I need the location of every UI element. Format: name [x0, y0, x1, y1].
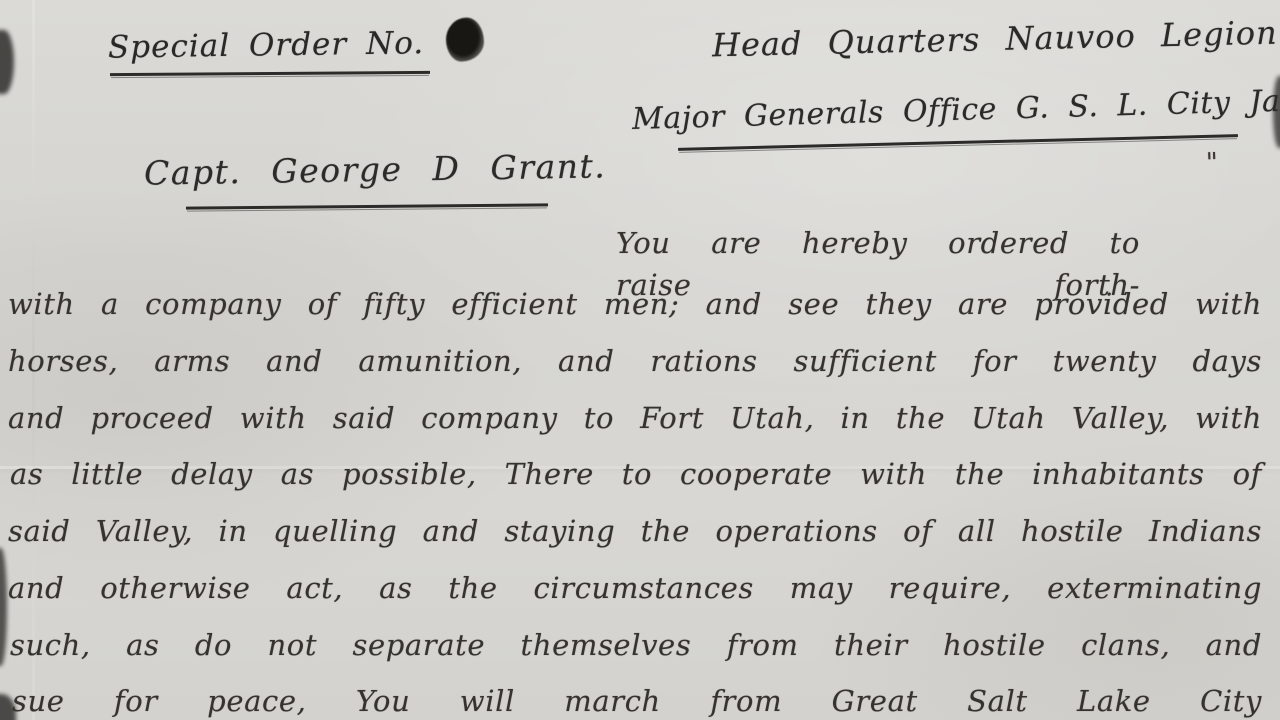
order-number: 2 — [453, 21, 476, 61]
ditto-mark: " — [1205, 148, 1218, 178]
letterhead-line2: Major Generals Office G. S. L. City Jany… — [632, 78, 1280, 137]
order-title: Special Order No. 2 — [108, 21, 476, 66]
office-text: Major Generals Office G. S. L. City — [632, 85, 1231, 137]
body-line: horses, arms and amunition, and rations … — [8, 340, 1262, 382]
order-title-text: Special Order No. — [108, 25, 425, 65]
addressee: Capt. George D Grant. — [144, 146, 607, 192]
ink-smudge-left-top — [0, 30, 14, 94]
ink-blot — [446, 17, 485, 62]
body-line: as little delay as possible, There to co… — [10, 453, 1262, 495]
body-line: such, as do not separate themselves from… — [10, 624, 1262, 666]
body-line: said Valley, in quelling and staying the… — [8, 510, 1262, 552]
body-line: and proceed with said company to Fort Ut… — [8, 397, 1262, 439]
addressee-underline — [186, 203, 548, 209]
body-line: sue for peace, You will march from Great… — [12, 680, 1262, 720]
ink-smudge-left-bottom — [0, 548, 7, 666]
order-title-underline — [110, 71, 430, 76]
letterhead-line1: Head Quarters Nauvoo Legion — [712, 14, 1278, 65]
letterhead-underline — [678, 134, 1238, 151]
date-day: Jany 31 — [1249, 81, 1280, 120]
body-line: and otherwise act, as the circumstances … — [8, 567, 1262, 609]
document-page: Special Order No. 2 Head Quarters Nauvoo… — [0, 0, 1280, 720]
body-line: with a company of fifty efficient men; a… — [8, 283, 1262, 325]
date-text: Jany 31st 1850 — [1249, 78, 1280, 120]
